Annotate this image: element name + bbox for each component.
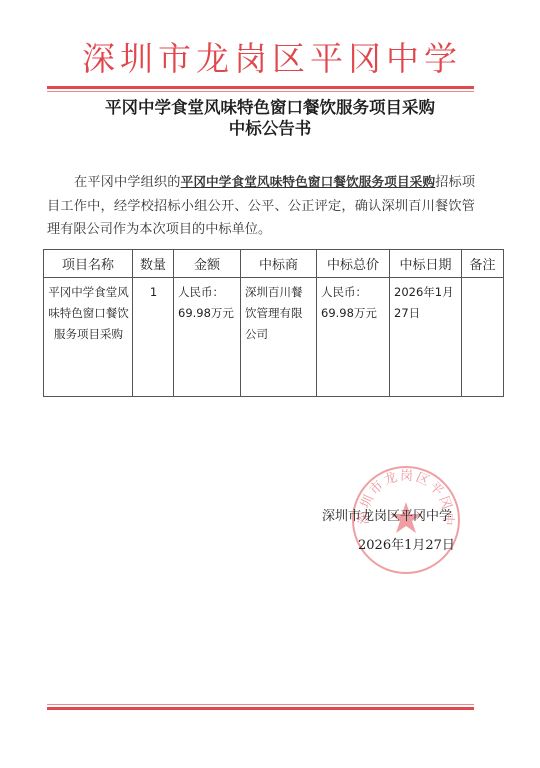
cell-remark [462,278,504,397]
table-header-row: 项目名称 数量 金额 中标商 中标总价 中标日期 备注 [44,250,504,278]
footer-divider [47,704,474,710]
signature-date: 2026年1月27日 [358,537,455,555]
cell-amount: 人民币：69.98万元 [174,278,241,397]
table-row: 平冈中学食堂风味特色窗口餐饮服务项目采购 1 人民币：69.98万元 深圳百川餐… [44,278,504,397]
cell-quantity: 1 [133,278,174,397]
document-title-line2: 中标公告书 [40,118,500,140]
header-remark: 备注 [462,250,504,278]
paragraph-prefix: 在平冈中学组织的 [74,175,181,190]
project-name-underlined: 平冈中学食堂风味特色窗口餐饮服务项目采购 [181,174,436,189]
header-project-name: 项目名称 [44,250,133,278]
header-award-date: 中标日期 [390,250,462,278]
signature-organization: 深圳市龙岗区平冈中学 [322,508,452,526]
cell-award-date: 2026年1月27日 [390,278,462,397]
header-winner: 中标商 [241,250,317,278]
letterhead-divider [47,86,474,92]
cell-winner: 深圳百川餐饮管理有限公司 [241,278,317,397]
header-amount: 金额 [174,250,241,278]
award-table: 项目名称 数量 金额 中标商 中标总价 中标日期 备注 平冈中学食堂风味特色窗口… [43,249,504,397]
header-quantity: 数量 [133,250,174,278]
letterhead-organization: 深圳市龙岗区平冈中学 [48,38,496,80]
document-title-line1: 平冈中学食堂风味特色窗口餐饮服务项目采购 [40,97,500,119]
announcement-paragraph: 在平冈中学组织的平冈中学食堂风味特色窗口餐饮服务项目采购招标项目工作中，经学校招… [47,170,475,242]
cell-project-name: 平冈中学食堂风味特色窗口餐饮服务项目采购 [44,278,133,397]
cell-total-price: 人民币：69.98万元 [317,278,390,397]
header-total-price: 中标总价 [317,250,390,278]
